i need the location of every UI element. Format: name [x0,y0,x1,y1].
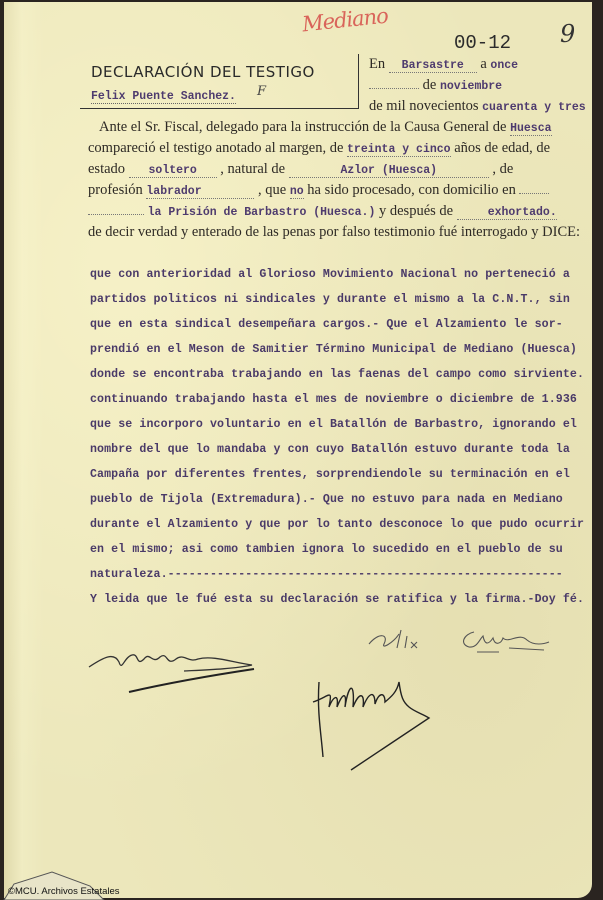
declaration-line: naturaleza.-----------------------------… [90,568,563,581]
declaration-line: donde se encontraba trabajando en las fa… [90,368,584,381]
declaration-line: continuando trabajando hasta el mes de n… [90,393,577,406]
witness-name: Felix Puente Sanchez. [91,90,236,104]
age-field: treinta y cinco [347,143,451,157]
form-line2-suffix: años de edad, de [454,140,550,156]
label-de-end: , de [492,161,513,177]
label-despues: y después de [379,203,453,219]
label-a: a [480,56,486,72]
blank-line [519,193,549,194]
declaration-line: Campaña por diferentes frentes, sorprend… [90,468,570,481]
declaration-line: prendió en el Meson de Samitier Término … [90,343,577,356]
document-title: DECLARACIÓN DEL TESTIGO [91,63,315,81]
declaration-line: en el mismo; asi como tambien ignora lo … [90,543,563,556]
label-que: , que [258,182,286,198]
declaration-line: que se incorporo voluntario en el Batall… [90,418,577,431]
label-en: En [369,56,385,72]
procesado-field: no [290,185,304,199]
declaration-line: que con anterioridad al Glorioso Movimie… [90,268,570,281]
blank-line [369,88,419,89]
document-page: Mediano 00-12 9 DECLARACIÓN DEL TESTIGO … [4,2,592,898]
declaration-line: nombre del que lo mandaba y con cuyo Bat… [90,443,570,456]
form-line2: compareció el testigo anotado al margen,… [88,140,343,156]
declaration-line: que en esta sindical desempeñara cargos.… [90,318,563,331]
domicilio-field: la Prisión de Barbastro (Huesca.) [148,206,376,219]
natural-field: Azlor (Huesca) [289,164,489,178]
label-year: de mil novecientos [369,98,479,114]
year-field: cuarenta y tres [482,101,586,114]
red-annotation: Mediano [301,4,389,37]
profesion-field: labrador [146,185,254,199]
archive-watermark: ©MCU. Archivos Estatales [8,886,120,897]
declaration-line: durante el Alzamiento y que por lo tanto… [90,518,584,531]
folio-number: 00-12 [454,32,511,54]
estado-field: soltero [129,164,217,178]
despues-field: exhortado. [457,206,557,220]
page-number: 9 [560,20,575,48]
label-procesado: ha sido procesado, con domicilio en [307,182,516,198]
witness-mark: F [257,84,266,99]
blank-line [88,214,144,215]
label-natural: , natural de [220,161,285,177]
form-line1: Ante el Sr. Fiscal, delegado para la ins… [99,119,506,135]
declaration-line: Y leida que le fué esta su declaración s… [90,593,584,606]
label-profesion: profesión [88,182,143,198]
place-field: Barsastre [389,59,477,73]
form-closing: de decir verdad y enterado de las penas … [88,224,580,241]
fiscal-signature [84,637,284,697]
month-field: noviembre [440,80,502,93]
official-signature [299,662,499,772]
day-field: once [490,59,518,72]
declaration-line: partidos politicos ni sindicales y duran… [90,293,570,306]
label-estado: estado [88,161,125,177]
causa-general-field: Huesca [510,122,551,136]
label-de: de [423,77,437,93]
witness-signature [359,622,569,662]
declaration-line: pueblo de Tijola (Extremadura).- Que no … [90,493,563,506]
